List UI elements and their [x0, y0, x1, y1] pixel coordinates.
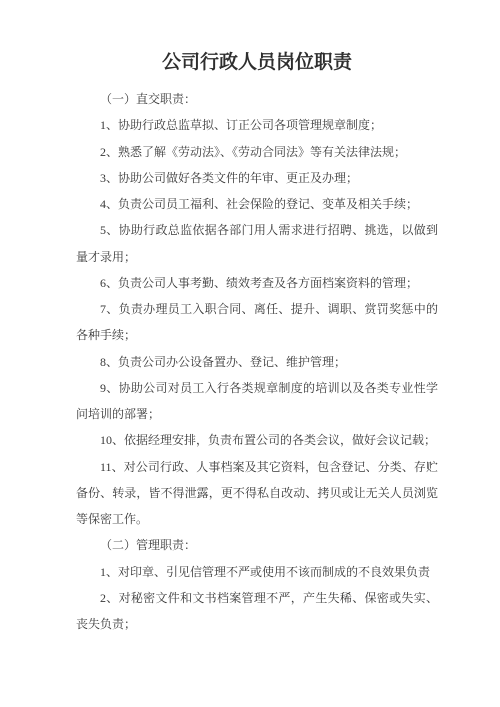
list-item-paragraph: 10、依据经理安排，负责布置公司的各类会议，做好会议记载； [76, 427, 438, 453]
list-item-paragraph: 5、协助行政总监依据各部门用人需求进行招聘、挑选，以做到量才录用； [76, 217, 438, 270]
document-title: 公司行政人员岗位职责 [76, 47, 438, 78]
document-body: （一）直交职责：1、协助行政总监草拟、订正公司各项管理规章制度；2、熟悉了解《劳… [76, 86, 438, 637]
list-item-paragraph: 9、协助公司对员工入行各类规章制度的培训以及各类专业性学问培训的部署； [76, 375, 438, 428]
list-item-paragraph: 1、对印章、引见信管理不严或使用不该而制成的不良效果负责 [76, 559, 438, 585]
section-heading: （一）直交职责： [76, 86, 438, 112]
list-item-paragraph: 4、负责公司员工福利、社会保险的登记、变革及相关手续； [76, 191, 438, 217]
list-item-paragraph: 7、负责办理员工入职合同、离任、提升、调职、赏罚奖惩中的各种手续； [76, 296, 438, 349]
list-item-paragraph: 1、协助行政总监草拟、订正公司各项管理规章制度； [76, 112, 438, 138]
list-item-paragraph: 11、对公司行政、人事档案及其它资料，包含登记、分类、存贮备份、转录，皆不得泄露… [76, 454, 438, 533]
list-item-paragraph: 2、对秘密文件和文书档案管理不严，产生失稀、保密或失实、丧失负责； [76, 585, 438, 638]
list-item-paragraph: 2、熟悉了解《劳动法》、《劳动合同法》等有关法律法规； [76, 139, 438, 165]
document-page: 公司行政人员岗位职责 （一）直交职责：1、协助行政总监草拟、订正公司各项管理规章… [0, 0, 500, 707]
list-item-paragraph: 6、负责公司人事考勤、绩效考查及各方面档案资料的管理； [76, 270, 438, 296]
list-item-paragraph: 3、协助公司做好各类文件的年审、更正及办理； [76, 165, 438, 191]
section-heading: （二）管理职责： [76, 532, 438, 558]
list-item-paragraph: 8、负责公司办公设备置办、登记、维护管理； [76, 349, 438, 375]
